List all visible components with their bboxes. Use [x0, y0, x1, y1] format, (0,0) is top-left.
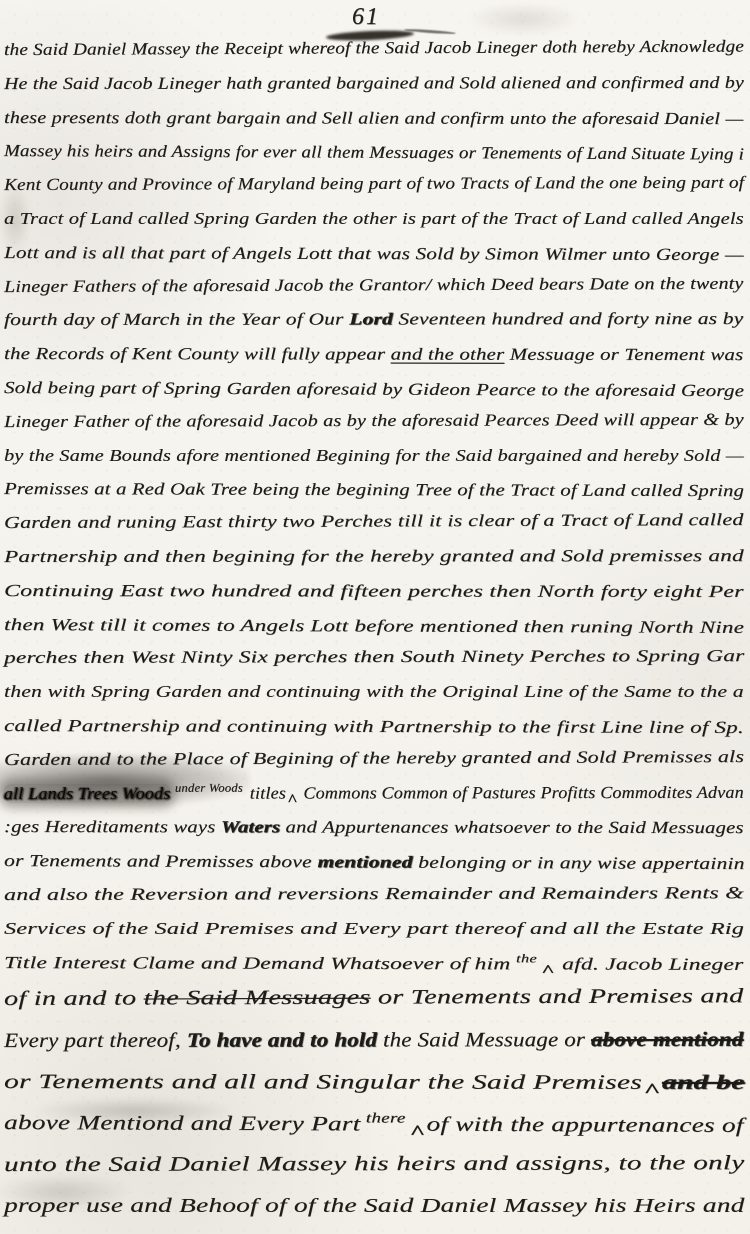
- manuscript-line: Lineger Father of the aforesaid Jacob as…: [4, 405, 748, 439]
- page-number: 61: [352, 4, 380, 31]
- manuscript-line: Title Interest Clame and Demand Whatsoev…: [4, 946, 748, 980]
- manuscript-line: the Records of Kent County will fully ap…: [4, 337, 748, 371]
- handwritten-text: and Appurtenances whatsoever to the Said…: [280, 818, 744, 838]
- handwritten-text: these presents doth grant bargain and Se…: [4, 108, 743, 128]
- handwritten-text: Lineger Father of the aforesaid Jacob as…: [4, 410, 744, 431]
- handwritten-text: then West till it comes to Angels Lott b…: [4, 615, 744, 637]
- handwritten-text: Garden and runing East thirty two Perche…: [4, 510, 744, 532]
- manuscript-line: these presents doth grant bargain and Se…: [4, 101, 748, 135]
- handwritten-text: called Partnership and continuing with P…: [4, 716, 744, 737]
- manuscript-line: He the Said Jacob Lineger hath granted b…: [4, 67, 748, 101]
- manuscript-line: proper use and Behoof of of the Said Dan…: [4, 1186, 748, 1227]
- handwritten-text: or Tenements and Premises and: [370, 985, 743, 1008]
- manuscript-line: :ges Hereditaments ways Waters and Appur…: [4, 810, 748, 844]
- manuscript-line: Premisses at a Red Oak Tree being the be…: [4, 472, 748, 506]
- handwritten-text: He the Said Jacob Lineger hath granted b…: [4, 73, 744, 93]
- handwritten-text: Kent County and Province of Maryland bei…: [4, 173, 744, 194]
- manuscript-lines: the Said Daniel Massey the Receipt where…: [4, 33, 748, 1227]
- handwritten-text: Lord: [349, 310, 393, 329]
- manuscript-line: a Tract of Land called Spring Garden the…: [4, 202, 748, 236]
- manuscript-line: fourth day of March in the Year of Our L…: [4, 303, 748, 337]
- manuscript-line: of in and to the Said Messuages or Tenem…: [4, 979, 748, 1020]
- manuscript-line: Services of the Said Premises and Every …: [4, 912, 748, 946]
- handwritten-text: there: [366, 1110, 406, 1126]
- handwritten-text: Continuing East two hundred and fifteen …: [4, 581, 744, 601]
- handwritten-text: Commons Common of Pastures Profitts Comm…: [299, 782, 744, 802]
- handwritten-text: :ges Hereditaments ways: [4, 817, 221, 836]
- manuscript-line: Sold being part of Spring Garden aforesa…: [4, 371, 748, 405]
- manuscript-line: Lott and is all that part of Angels Lott…: [4, 236, 748, 270]
- handwritten-text: Messuage or Tenement was: [504, 345, 743, 364]
- handwritten-text: perches then West Ninty Six perches then…: [4, 646, 745, 667]
- handwritten-text: and the other: [391, 345, 505, 364]
- handwritten-text: Services of the Said Premises and Every …: [4, 919, 744, 938]
- handwritten-text: Partnership and then begining for the he…: [4, 546, 744, 566]
- manuscript-line: then West till it comes to Angels Lott b…: [4, 608, 748, 642]
- handwritten-text: the Said Messuage or: [377, 1029, 591, 1051]
- manuscript-line: the Said Daniel Massey the Receipt where…: [4, 33, 748, 67]
- manuscript-line: Garden and runing East thirty two Perche…: [4, 506, 748, 540]
- handwritten-text: above mentiond: [591, 1028, 744, 1050]
- handwritten-text: Every part thereof,: [4, 1029, 187, 1051]
- handwritten-text: Premisses at a Red Oak Tree being the be…: [4, 479, 744, 500]
- handwritten-text: fourth day of March in the Year of Our: [4, 310, 349, 329]
- handwritten-text: all Lands Trees Woods: [4, 783, 171, 802]
- handwritten-text: under Woods: [175, 780, 243, 794]
- handwritten-text: Sold being part of Spring Garden aforesa…: [4, 378, 744, 400]
- manuscript-line: all Lands Trees Woodsunder Woods titles^…: [4, 777, 748, 811]
- handwritten-text: of with the appurtenances of: [426, 1114, 743, 1137]
- handwritten-text: Seventeen hundred and forty nine as by: [393, 309, 744, 328]
- manuscript-line: then with Spring Garden and continuing w…: [4, 675, 748, 709]
- handwritten-text: afd. Jacob Lineger: [556, 954, 743, 973]
- handwritten-text: proper use and Behoof of of the Said Dan…: [4, 1195, 745, 1217]
- manuscript-line: Every part thereof, To have and to hold …: [4, 1021, 748, 1062]
- handwritten-text: the Records of Kent County will fully ap…: [4, 344, 391, 364]
- manuscript-line: Continuing East two hundred and fifteen …: [4, 574, 748, 608]
- handwritten-text: Massey his heirs and Assigns for ever al…: [4, 141, 744, 163]
- handwritten-text: above Mentiond and Every Part: [4, 1112, 361, 1135]
- handwritten-text: Title Interest Clame and Demand Whatsoev…: [4, 953, 511, 973]
- manuscript-line: perches then West Ninty Six perches then…: [4, 641, 748, 675]
- handwritten-text: To have and to hold: [187, 1029, 377, 1051]
- manuscript-line: Lineger Fathers of the aforesaid Jacob t…: [4, 270, 748, 304]
- handwritten-text: Lineger Fathers of the aforesaid Jacob t…: [4, 273, 744, 295]
- handwritten-text: then with Spring Garden and continuing w…: [4, 682, 744, 701]
- handwritten-text: the Said Messuages: [144, 987, 371, 1010]
- handwritten-text: and also the Reversion and reversions Re…: [4, 883, 744, 904]
- handwritten-text: the Said Daniel Massey the Receipt where…: [4, 37, 744, 59]
- handwritten-text: Waters: [221, 818, 280, 837]
- manuscript-line: or Tenements and all and Singular the Sa…: [4, 1062, 748, 1103]
- handwritten-text: by the Same Bounds afore mentioned Begin…: [4, 446, 744, 465]
- manuscript-line: called Partnership and continuing with P…: [4, 709, 748, 743]
- manuscript-line: Partnership and then begining for the he…: [4, 540, 748, 574]
- manuscript-line: and also the Reversion and reversions Re…: [4, 878, 748, 912]
- handwritten-text: Lott and is all that part of Angels Lott…: [4, 243, 744, 264]
- handwritten-text: Garden and to the Place of Begining of t…: [4, 747, 744, 769]
- handwritten-text: or Tenements and all and Singular the Sa…: [4, 1071, 642, 1094]
- manuscript-line: above Mentiond and Every Partthere^of wi…: [4, 1103, 748, 1144]
- handwritten-text: unto the Said Daniel Massey his heirs an…: [4, 1152, 745, 1176]
- handwritten-text: the: [516, 951, 537, 965]
- manuscript-page: 61 the Said Daniel Massey the Receipt wh…: [0, 0, 750, 1234]
- manuscript-line: unto the Said Daniel Massey his heirs an…: [4, 1145, 748, 1186]
- handwritten-text: of in and to: [4, 988, 144, 1011]
- manuscript-line: or Tenements and Premisses above mention…: [4, 844, 748, 878]
- handwritten-text: and be: [662, 1072, 745, 1094]
- handwritten-text: or Tenements and Premisses above: [4, 851, 317, 871]
- handwritten-text: belonging or in any wise appertainin: [413, 853, 745, 873]
- handwritten-text: mentioned: [317, 852, 412, 871]
- manuscript-line: by the Same Bounds afore mentioned Begin…: [4, 439, 748, 473]
- handwritten-text: a Tract of Land called Spring Garden the…: [4, 209, 744, 228]
- manuscript-line: Kent County and Province of Maryland bei…: [4, 168, 748, 202]
- manuscript-line: Massey his heirs and Assigns for ever al…: [4, 134, 748, 168]
- handwritten-text: titles: [245, 783, 286, 802]
- manuscript-line: Garden and to the Place of Begining of t…: [4, 743, 748, 777]
